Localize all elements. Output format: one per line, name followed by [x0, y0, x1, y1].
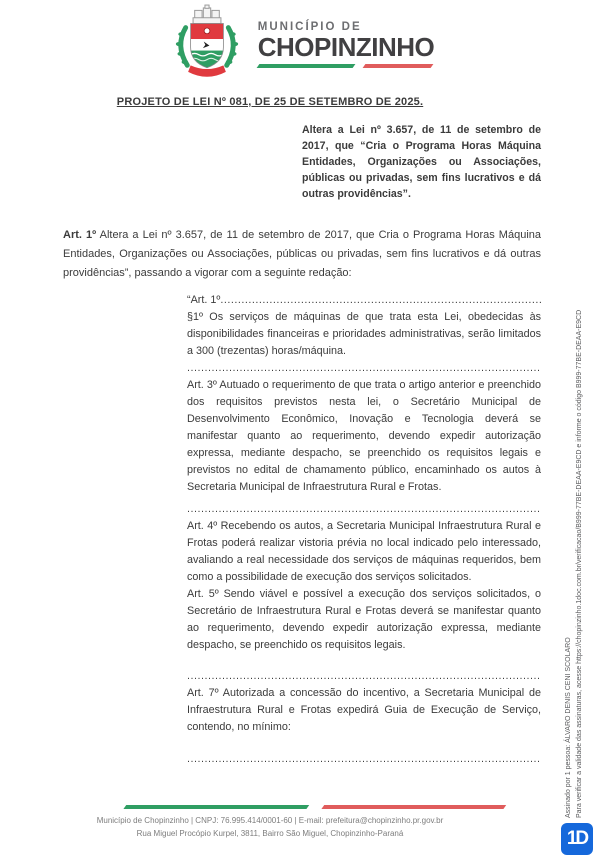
article-5-paragraph: Art. 5º Sendo viável e possível a execuç…	[187, 586, 541, 654]
footer: Município de Chopinzinho | CNPJ: 76.995.…	[0, 815, 540, 840]
signature-signer-line: Assinado por 1 pessoa: ÁLVARO DENIS CENI…	[564, 238, 575, 818]
footer-green-stripe	[124, 805, 309, 809]
article-1-label: Art. 1º	[63, 229, 96, 241]
dotted-line: ........................................…	[187, 360, 541, 377]
article-1-text: Altera a Lei nº 3.657, de 11 de setembro…	[63, 229, 541, 279]
org-name-main: CHOPINZINHO	[258, 33, 435, 61]
footer-contact-line: Município de Chopinzinho | CNPJ: 76.995.…	[0, 815, 540, 828]
green-stripe	[256, 64, 355, 68]
signature-sidebar: Assinado por 1 pessoa: ÁLVARO DENIS CENI…	[564, 238, 585, 818]
dotted-line: ........................................…	[187, 501, 541, 518]
dotted-filler: ........................................…	[220, 292, 541, 309]
signature-verification-line: Para verificar a validade das assinatura…	[575, 238, 586, 818]
article-3-paragraph: Art. 3º Autuado o requerimento de que tr…	[187, 377, 541, 496]
footer-red-stripe	[322, 805, 506, 809]
1doc-logo: 1D	[561, 823, 593, 855]
dotted-line: ........................................…	[187, 751, 541, 768]
ementa-clause: Altera a Lei nº 3.657, de 11 de setembro…	[302, 122, 541, 202]
quoted-article-1-line: “Art. 1º................................…	[187, 292, 541, 309]
org-name: MUNICÍPIO DE CHOPINZINHO	[258, 21, 435, 68]
org-name-top: MUNICÍPIO DE	[258, 21, 435, 33]
document-title: PROJETO DE LEI Nº 081, DE 25 DE SETEMBRO…	[0, 96, 540, 108]
coat-of-arms-icon	[166, 4, 248, 84]
red-stripe	[362, 64, 433, 68]
dotted-line: ........................................…	[187, 668, 541, 685]
quoted-article-1-opening: “Art. 1º	[187, 292, 220, 309]
paragraph-1: §1º Os serviços de máquinas de que trata…	[187, 309, 541, 360]
brand-stripes	[258, 64, 435, 68]
article-4-paragraph: Art. 4º Recebendo os autos, a Secretaria…	[187, 518, 541, 586]
document-page: MUNICÍPIO DE CHOPINZINHO PROJETO DE LEI …	[0, 0, 600, 860]
footer-address-line: Rua Miguel Procópio Kurpel, 3811, Bairro…	[0, 828, 540, 841]
article-7-paragraph: Art. 7º Autorizada a concessão do incent…	[187, 685, 541, 736]
article-1-paragraph: Art. 1º Altera a Lei nº 3.657, de 11 de …	[63, 226, 541, 283]
quoted-law-text: “Art. 1º................................…	[187, 292, 541, 768]
header: MUNICÍPIO DE CHOPINZINHO	[0, 4, 600, 84]
